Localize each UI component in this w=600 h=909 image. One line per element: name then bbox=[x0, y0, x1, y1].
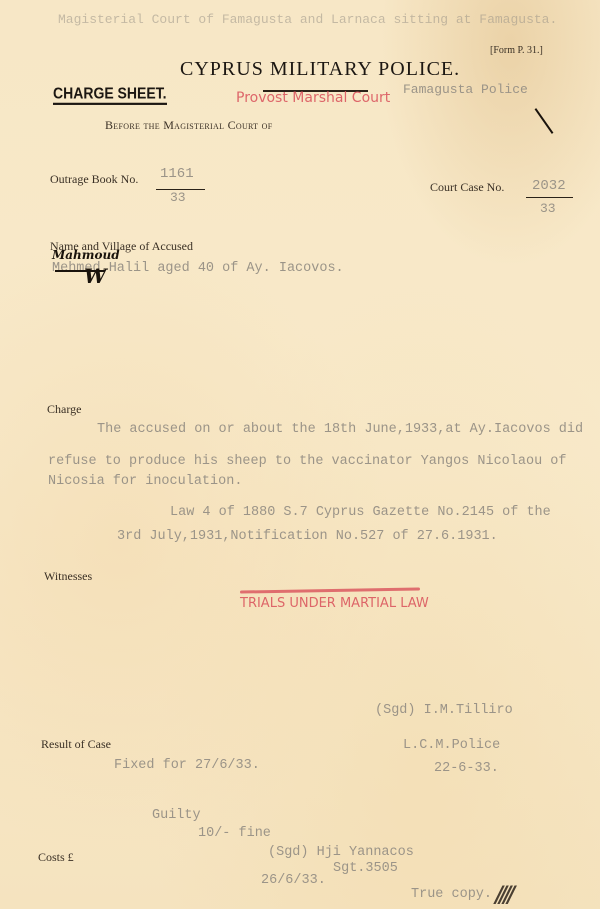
police-signature-date: 22-6-33. bbox=[434, 761, 499, 776]
law-line-2: 3rd July,1931,Notification No.527 of 27.… bbox=[117, 529, 498, 544]
witnesses-label: Witnesses bbox=[44, 569, 92, 584]
result-signature: (Sgd) Hji Yannacos bbox=[268, 845, 414, 860]
before-court-label: Before the Magisterial Court of bbox=[105, 118, 273, 133]
court-heading: Magisterial Court of Famagusta and Larna… bbox=[58, 12, 557, 27]
court-case-year: 33 bbox=[540, 201, 556, 216]
outrage-book-number: 1161 bbox=[160, 166, 194, 182]
charge-sheet-title: CHARGE SHEET. bbox=[53, 84, 167, 105]
court-case-rule bbox=[526, 197, 573, 198]
result-sergeant-number: Sgt.3505 bbox=[333, 861, 398, 876]
trials-martial-law-stamp: TRIALS UNDER MARTIAL LAW bbox=[240, 596, 429, 611]
true-copy-initials-mark: //// bbox=[495, 882, 511, 908]
law-line-1: Law 4 of 1880 S.7 Cyprus Gazette No.2145… bbox=[170, 505, 551, 520]
police-station: Famagusta Police bbox=[403, 82, 528, 97]
police-signature: (Sgd) I.M.Tilliro bbox=[375, 703, 513, 718]
form-reference: [Form P. 31.] bbox=[490, 45, 543, 56]
result-verdict: Guilty bbox=[152, 808, 201, 823]
handwritten-w-mark: W bbox=[84, 264, 106, 288]
court-case-number: 2032 bbox=[532, 178, 566, 194]
court-case-label: Court Case No. bbox=[430, 180, 504, 195]
charge-label: Charge bbox=[47, 402, 81, 417]
accused-handwritten-correction: Mahmoud bbox=[52, 248, 120, 262]
charge-line-1: The accused on or about the 18th June,19… bbox=[97, 422, 583, 437]
charge-line-2: refuse to produce his sheep to the vacci… bbox=[48, 454, 566, 469]
police-rank: L.C.M.Police bbox=[403, 738, 500, 753]
outrage-book-label: Outrage Book No. bbox=[50, 172, 138, 187]
provost-marshal-court-stamp: Provost Marshal Court bbox=[236, 90, 390, 106]
result-fixed-date: Fixed for 27/6/33. bbox=[114, 758, 260, 773]
outrage-book-year: 33 bbox=[170, 190, 186, 205]
result-date: 26/6/33. bbox=[261, 873, 326, 888]
document-title: CYPRUS MILITARY POLICE. bbox=[180, 58, 460, 81]
costs-label: Costs £ bbox=[38, 850, 74, 865]
result-sentence: 10/- fine bbox=[198, 826, 271, 841]
charge-line-3: Nicosia for inoculation. bbox=[48, 474, 242, 489]
result-label: Result of Case bbox=[41, 737, 111, 752]
true-copy-label: True copy. bbox=[411, 887, 492, 902]
